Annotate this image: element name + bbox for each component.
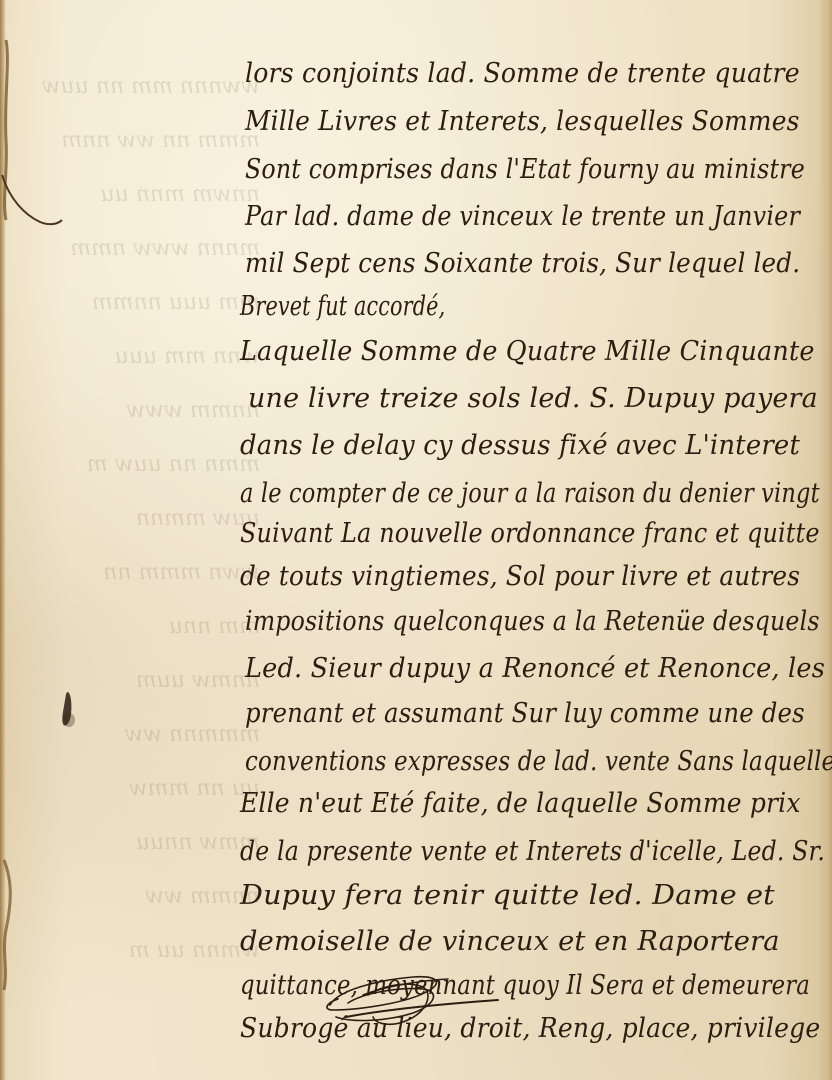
manuscript-line: mil Sept cens Soixante trois, Sur lequel… [245,248,800,279]
manuscript-line: Elle n'eut Eté faite, de laquelle Somme … [240,788,801,819]
manuscript-line: dans le delay cy dessus fixé avec L'inte… [240,430,800,461]
manuscript-line: une livre treize sols led. S. Dupuy paye… [248,383,818,414]
manuscript-line: Mille Livres et Interets, lesquelles Som… [245,106,800,137]
page-right-edge [818,0,832,1080]
manuscript-line: de la presente vente et Interets d'icell… [240,836,825,867]
ink-blot [60,690,76,730]
manuscript-line: impositions quelconques a la Retenüe des… [245,606,820,637]
manuscript-line: Dupuy fera tenir quitte led. Dame et [240,880,775,911]
manuscript-line: demoiselle de vinceux et en Raportera [240,926,780,957]
signature-paraph [318,965,518,1040]
manuscript-line: prenant et assumant Sur luy comme une de… [245,698,805,729]
manuscript-line: de touts vingtiemes, Sol pour livre et a… [240,561,800,592]
manuscript-line: Suivant La nouvelle ordonnance franc et … [240,518,820,549]
manuscript-line: a le compter de ce jour a la raison du d… [240,478,820,509]
manuscript-line: lors conjoints lad. Somme de trente quat… [245,58,800,89]
manuscript-line: Brevet fut accordé, [240,291,445,322]
manuscript-line: Laquelle Somme de Quatre Mille Cinquante [240,336,815,367]
binding-stitch [0,0,80,1080]
manuscript-line: Sont comprises dans l'Etat fourny au min… [245,154,805,185]
manuscript-line: conventions expresses de lad. vente Sans… [245,746,832,777]
manuscript-line: Led. Sieur dupuy a Renoncé et Renonce, l… [245,653,825,684]
manuscript-line: Par lad. dame de vinceux le trente un Ja… [245,201,800,232]
manuscript-page: wwnnn mm nn uuw mmm nn ww nnm nnwm mnn u… [0,0,832,1080]
